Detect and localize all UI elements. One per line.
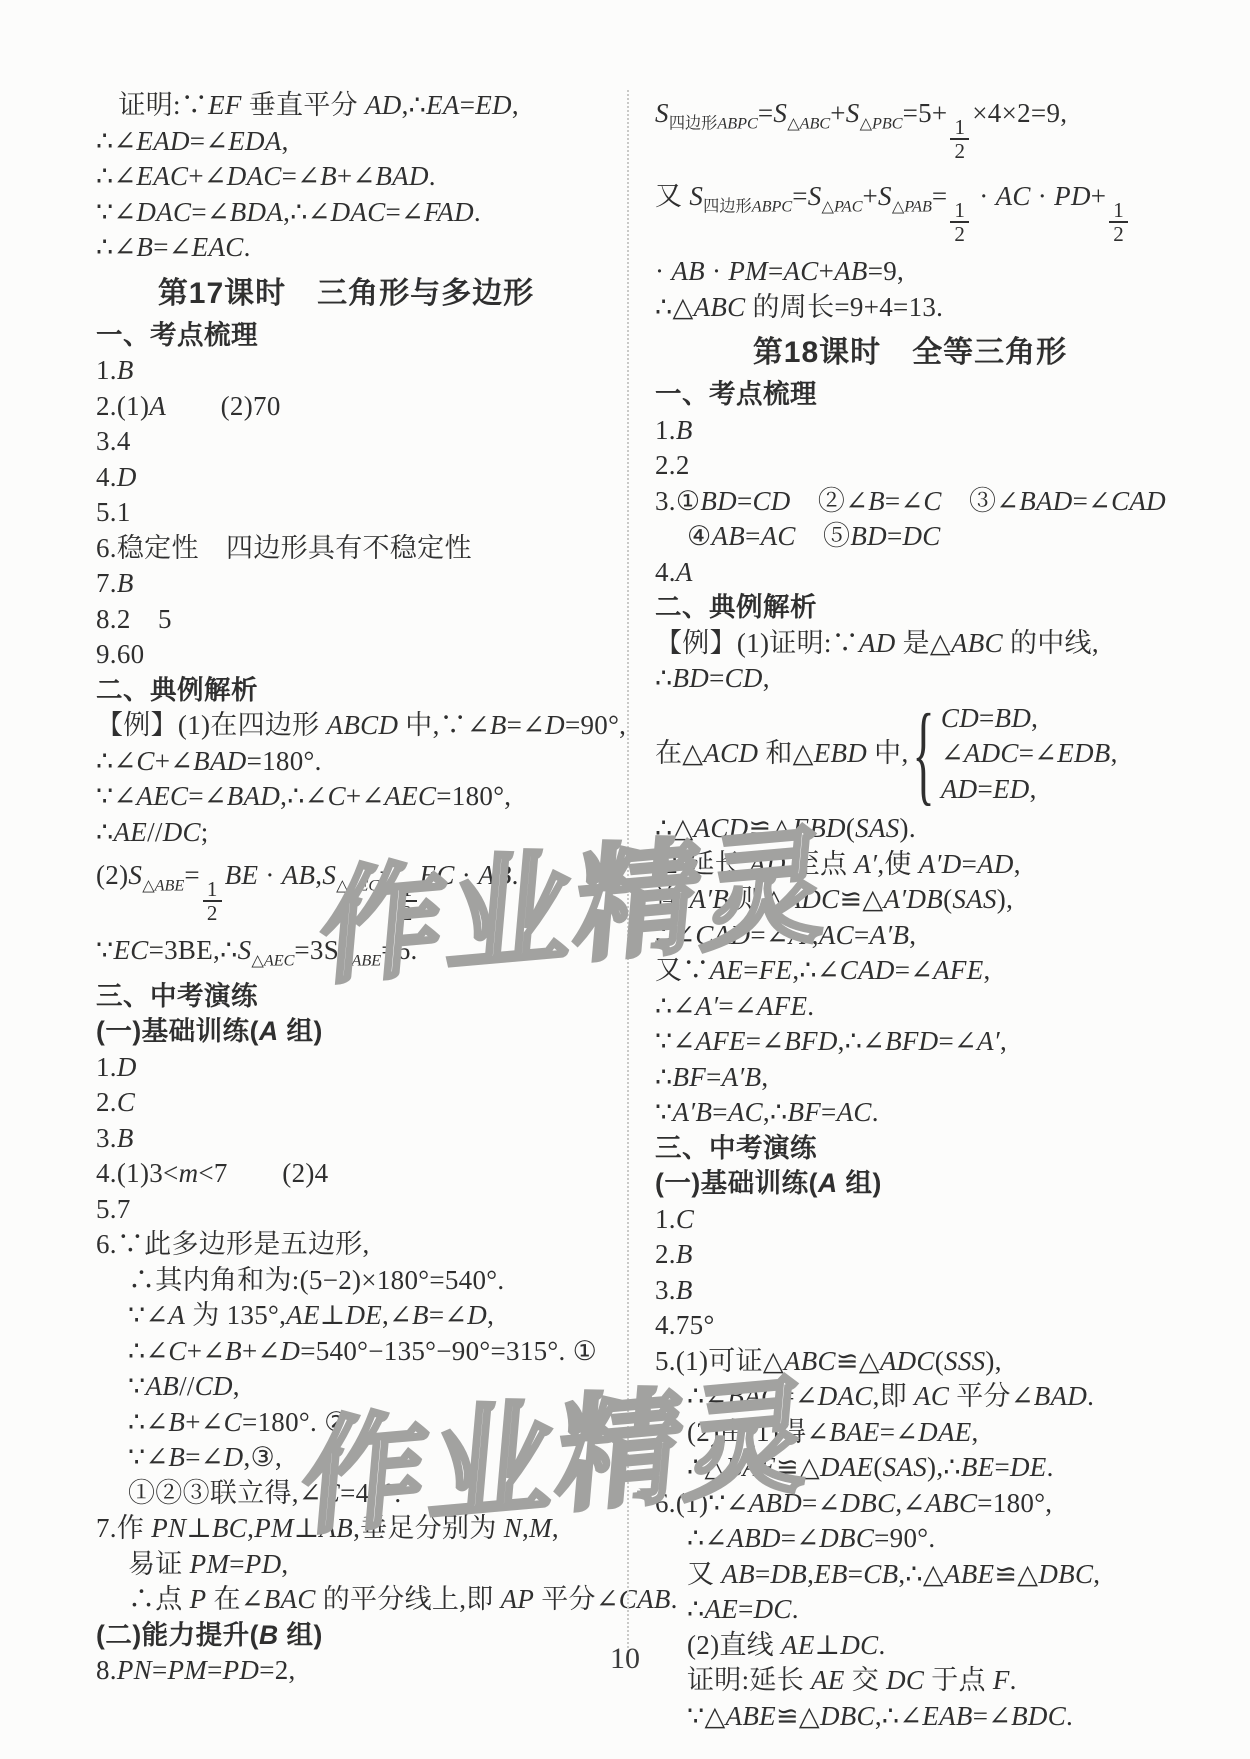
text-line: ∴∠C+∠BAD=180°. [96,744,596,780]
text-line: 6.∵此多边形是五边形, [96,1227,596,1263]
text-line: 又 S四边形ABPC=S△PAC+S△PAB=12 · AC · PD+12 [655,171,1165,254]
text-line: ∴∠EAD=∠EDA, [96,124,596,160]
workbook-answer-page: 证明:∵EF 垂直平分 AD,∴EA=ED,∴∠EAD=∠EDA,∴∠EAC+∠… [0,0,1250,1759]
text-line: 1.B [96,353,596,389]
text-line: 1.C [655,1202,1165,1238]
text-line: 【例】(1)证明:∵AD 是△ABC 的中线, [655,626,1165,662]
text-line: ∵△ABE≌△DBC,∴∠EAB=∠BDC. [655,1699,1165,1735]
text-line: 2.(1)A (2)70 [96,389,596,425]
text-line: 3.①BD=CD ②∠B=∠C ③∠BAD=∠CAD [655,484,1165,520]
text-line: ∴∠A′=∠AFE. [655,989,1165,1025]
lesson-title: 第17课时 三角形与多边形 [96,272,596,316]
section-heading: (一)基础训练(A 组) [96,1014,596,1050]
text-line: ∴∠EAC+∠DAC=∠B+∠BAD. [96,159,596,195]
text-line: 1.D [96,1050,596,1086]
section-heading: 三、中考演练 [655,1131,1165,1167]
text-line: ∵∠DAC=∠BDA,∴∠DAC=∠FAD. [96,195,596,231]
text-line: 4.D [96,460,596,496]
equation-system-lead: 在△ACD 和△EBD 中, [655,736,909,772]
equation-system: 在△ACD 和△EBD 中,{CD=BD,∠ADC=∠EDB,AD=ED, [655,697,1165,812]
text-line: 证明:∵EF 垂直平分 AD,∴EA=ED, [96,88,596,124]
text-line: ∵∠A 为 135°,AE⊥DE,∠B=∠D, [96,1298,596,1334]
equation-system-items: CD=BD,∠ADC=∠EDB,AD=ED, [941,701,1118,808]
text-line: ∴其内角和为:(5−2)×180°=540°. [96,1263,596,1299]
text-line: 9.60 [96,637,596,673]
text-line: ∴BD=CD, [655,661,1165,697]
section-heading: 二、典例解析 [96,673,596,709]
section-heading: 一、考点梳理 [655,377,1165,413]
text-line: ∴BF=A′B, [655,1060,1165,1096]
text-line: 易证 PM=PD, [96,1547,596,1583]
text-line: ∴∠C+∠B+∠D=540°−135°−90°=315°. ① [96,1334,596,1370]
text-line: 【例】(1)在四边形 ABCD 中,∵∠B=∠D=90°, [96,708,596,744]
section-heading: 二、典例解析 [655,590,1165,626]
section-heading: 一、考点梳理 [96,318,596,354]
text-line: 5.1 [96,495,596,531]
text-line: ∴∠B=∠EAC. [96,230,596,266]
text-line: 又 AB=DB,EB=CB,∴△ABE≌△DBC, [655,1557,1165,1593]
text-line: 3.B [655,1273,1165,1309]
text-line: · AB · PM=AC+AB=9, [655,254,1165,290]
text-line: 5.7 [96,1192,596,1228]
text-line: 3.B [96,1121,596,1157]
text-line: ∴△ABC 的周长=9+4=13. [655,290,1165,326]
lesson-title: 第18课时 全等三角形 [655,331,1165,375]
text-line: 4.(1)3<m<7 (2)4 [96,1156,596,1192]
text-line: 2.C [96,1085,596,1121]
text-line: ④AB=AC ⑤BD=DC [655,519,1165,555]
left-brace-icon: { [913,710,935,797]
text-line: ∴AE=DC. [655,1592,1165,1628]
text-line: 2.2 [655,448,1165,484]
text-line: 3.4 [96,424,596,460]
text-line: 4.A [655,555,1165,591]
text-line: ∴∠ABD=∠DBC=90°. [655,1521,1165,1557]
page-number: 10 [0,1642,1250,1676]
text-line: ∵A′B=AC,∴BF=AC. [655,1095,1165,1131]
text-line: 8.2 5 [96,602,596,638]
text-line: ∴点 P 在∠BAC 的平分线上,即 AP 平分∠CAB. [96,1582,596,1618]
text-line: 6.稳定性 四边形具有不稳定性 [96,531,596,567]
text-line: 4.75° [655,1308,1165,1344]
text-line: ∵∠AEC=∠BAD,∴∠C+∠AEC=180°, [96,779,596,815]
text-line: 7.B [96,566,596,602]
text-line: ∵∠AFE=∠BFD,∴∠BFD=∠A′, [655,1024,1165,1060]
text-line: 2.B [655,1237,1165,1273]
text-line: S四边形ABPC=S△ABC+S△PBC=5+12×4×2=9, [655,88,1165,171]
text-line: 1.B [655,413,1165,449]
section-heading: (一)基础训练(A 组) [655,1166,1165,1202]
